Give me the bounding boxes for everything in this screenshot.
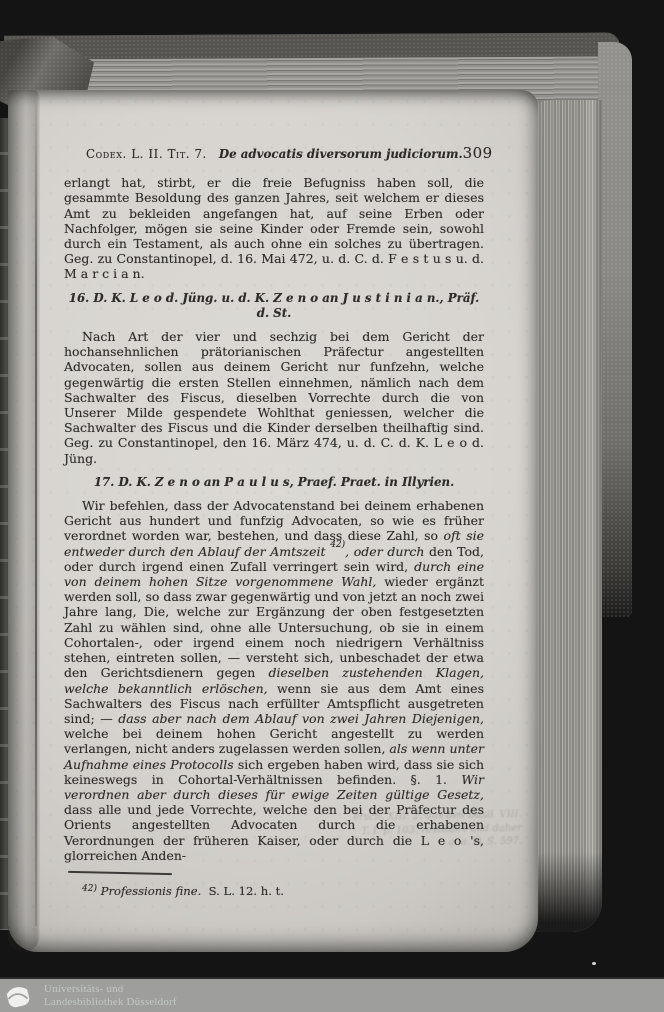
page-number: 309 bbox=[463, 146, 493, 161]
book-page: Codex. L. II. Tit. 7. De advocatis diver… bbox=[8, 90, 538, 952]
footnote-reference-42: 42) bbox=[330, 540, 345, 550]
section-17-text: Wir befehlen, dass der Advocatenstand be… bbox=[64, 498, 484, 863]
footnote-separator-rule bbox=[68, 871, 172, 875]
book-cover-right-edge bbox=[598, 42, 632, 617]
gutter-crease bbox=[35, 98, 37, 926]
footnote-42: 42) Professionis fine. S. L. 12. h. t. bbox=[82, 884, 484, 899]
text-segment-italic: , oder durch bbox=[345, 544, 429, 559]
library-name: Universitäts- und Landesbibliothek Düsse… bbox=[44, 983, 177, 1009]
ulb-duesseldorf-logo-icon bbox=[3, 981, 33, 1011]
book-fore-edge-pages bbox=[530, 100, 602, 932]
footnote-reference-text: S. L. 12. h. t. bbox=[209, 884, 284, 898]
footnote-block: 42) Professionis fine. S. L. 12. h. t. bbox=[64, 872, 484, 899]
section-17-heading: 17. D. K. Z e n o an P a u l u s, Praef.… bbox=[64, 475, 484, 490]
header-codex-label: Codex. L. II. Tit. 7. bbox=[86, 147, 207, 162]
bleedthrough-text: ersch. XIII. 2. aus den Basil. VIII. T. … bbox=[304, 808, 523, 853]
page-content: Codex. L. II. Tit. 7. De advocatis diver… bbox=[64, 146, 484, 899]
library-footer-bar: Universitäts- und Landesbibliothek Düsse… bbox=[0, 977, 664, 1012]
scanned-book-photo: Codex. L. II. Tit. 7. De advocatis diver… bbox=[0, 0, 664, 1012]
section-16-text: Nach Art der vier und sechzig bei dem Ge… bbox=[64, 329, 484, 466]
library-name-line2: Landesbibliothek Düsseldorf bbox=[44, 996, 177, 1009]
section-16-heading: 16. D. K. L e o d. Jüng. u. d. K. Z e n … bbox=[64, 291, 484, 321]
paragraph-continuation: erlangt hat, stirbt, er die freie Befugn… bbox=[64, 175, 484, 281]
footnote-latin-text: Professionis fine. bbox=[101, 884, 202, 898]
running-header: Codex. L. II. Tit. 7. De advocatis diver… bbox=[64, 146, 484, 162]
text-segment-italic: dass aber nach dem Ablauf von zwei Jahre… bbox=[118, 711, 484, 726]
text-segment: Wir befehlen, dass der Advocatenstand be… bbox=[64, 498, 484, 543]
header-chapter-title: De advocatis diversorum judiciorum. bbox=[219, 147, 463, 162]
footnote-marker: 42) bbox=[82, 884, 97, 894]
dust-speck bbox=[592, 962, 596, 965]
library-name-line1: Universitäts- und bbox=[44, 983, 177, 996]
